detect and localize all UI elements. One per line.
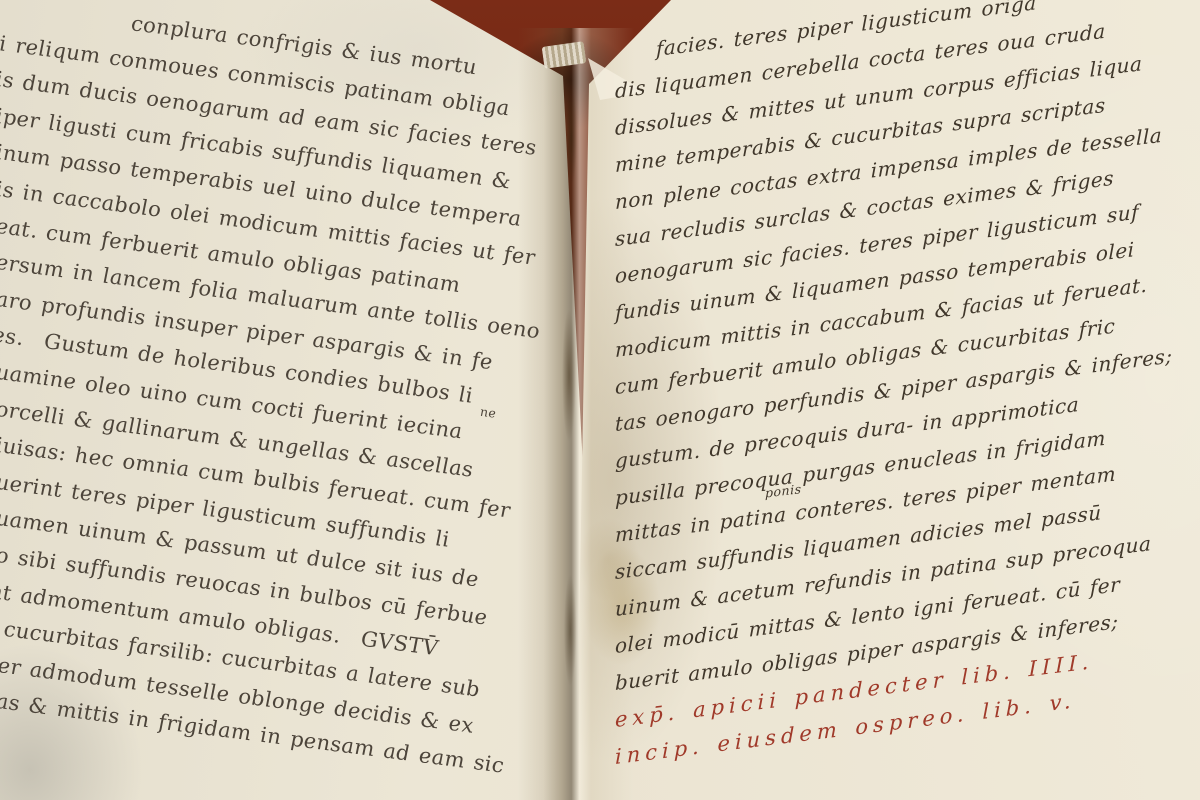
manuscript-photo: ne conplura confrigis & ius morturii rel… (0, 0, 1200, 800)
right-page-text-block: ponis facies. teres piper ligusticum ori… (615, 0, 1200, 776)
interlinear-correction-left: ne (480, 406, 496, 421)
left-page-text-block: ne conplura confrigis & ius morturii rel… (0, 0, 607, 798)
